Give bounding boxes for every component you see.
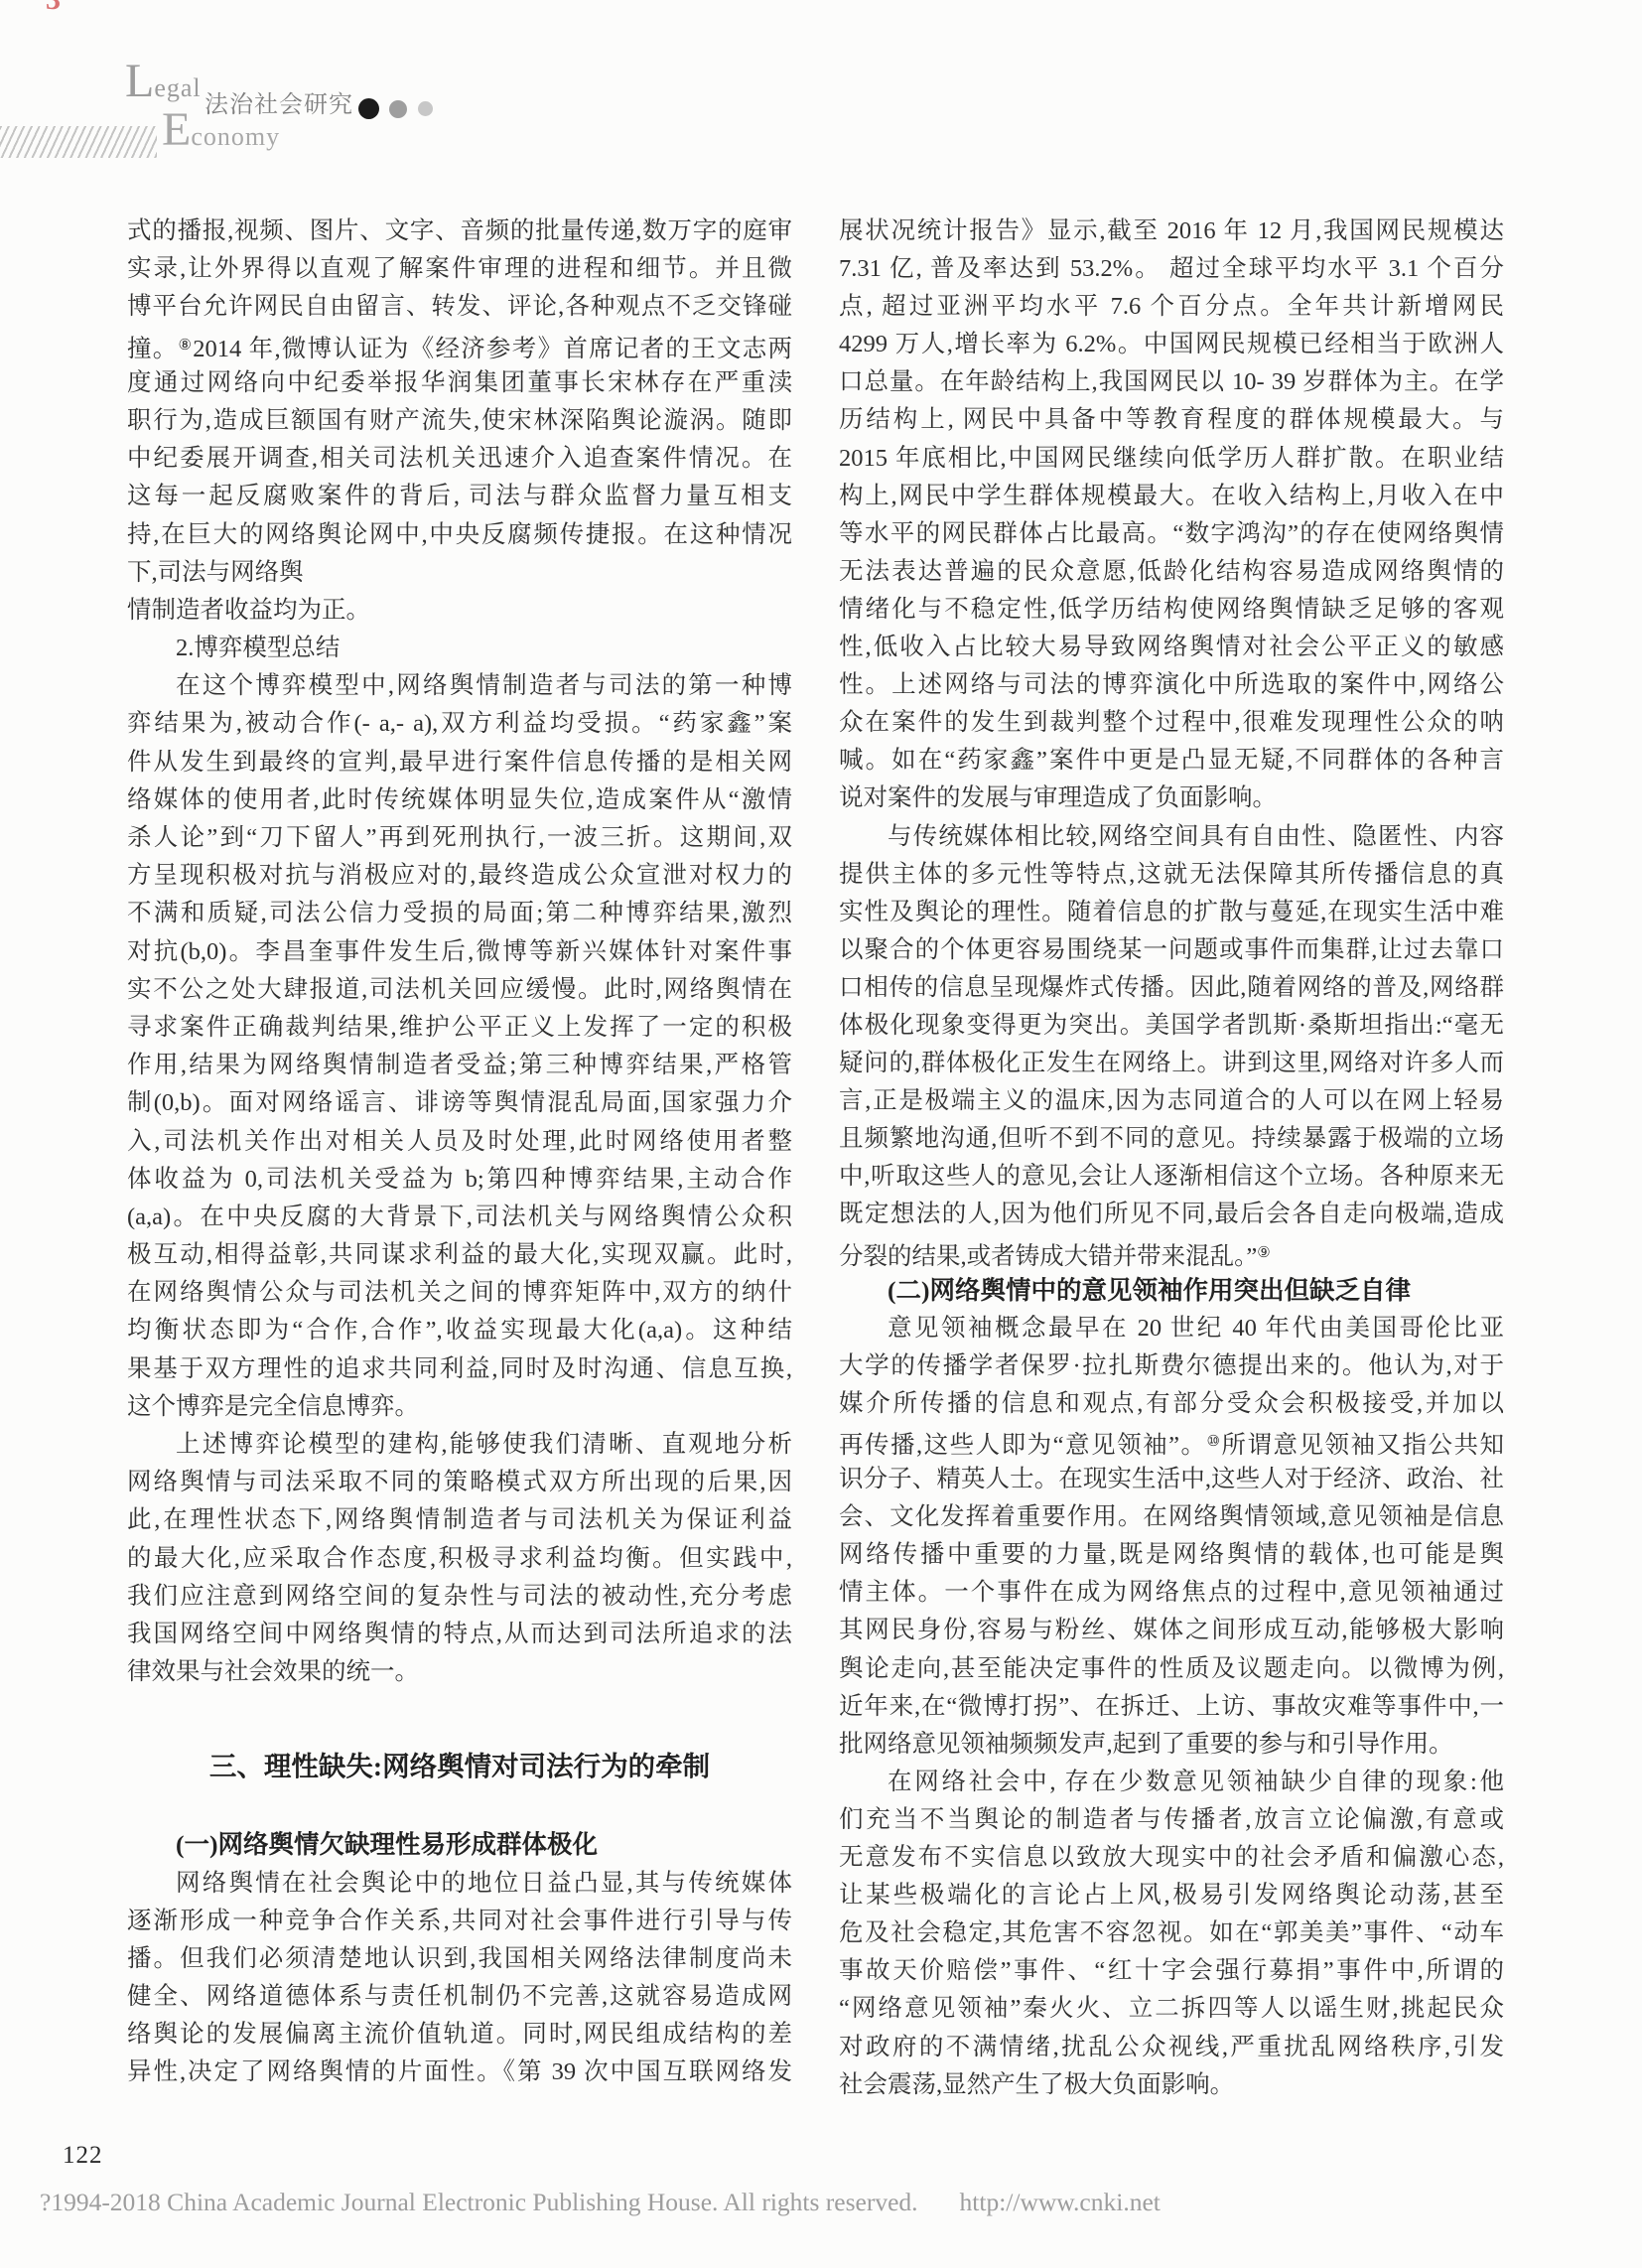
text-line: 中纪委展开调查,相关司法机关迅速介入追查案件情况。在 (127, 440, 792, 478)
hatch-decoration (0, 126, 157, 158)
text-line: 说对案件的发展与审理造成了负面影响。 (839, 780, 1504, 817)
text-line: 点, 超过亚洲平均水平 7.6 个百分点。全年共计新增网民 (839, 288, 1504, 326)
logo-economy-rest: conomy (191, 122, 280, 152)
text-line: 件从发生到最终的宣判,最早进行案件信息传播的是相关网 (127, 744, 792, 781)
text-line: 络舆论的发展偏离主流价值轨道。同时,网民组成结构的差 (127, 2016, 792, 2054)
text-line: 喊。如在“药家鑫”案件中更是凸显无疑,不同群体的各种言 (839, 742, 1504, 780)
text-line: 杀人论”到“刀下留人”再到死刑执行,一波三折。这期间,双 (127, 819, 792, 857)
text-line: 让某些极端化的言论占上风,极易引发网络舆论动荡,甚至 (839, 1877, 1504, 1914)
text-line: 其网民身份,容易与粉丝、媒体之间形成互动,能够极大影响 (839, 1612, 1504, 1649)
text-line: 以聚合的个体更容易围绕某一问题或事件而集群,让过去靠口 (839, 931, 1504, 969)
dot-medium-icon (389, 100, 407, 118)
text-line: 网络传播中重要的力量,既是网络舆情的载体,也可能是舆 (839, 1536, 1504, 1574)
text-line: 寻求案件正确裁判结果,维护公平正义上发挥了一定的积极 (127, 1009, 792, 1047)
text-line: 无法表达普遍的民众意愿,低龄化结构容易造成网络舆情的 (839, 553, 1504, 591)
text-line: 弈结果为,被动合作(- a,- a),双方利益均受损。“药家鑫”案 (127, 705, 792, 743)
text-line: 等水平的网民群体占比最高。“数字鸿沟”的存在使网络舆情 (839, 515, 1504, 553)
text-line: 对政府的不满情绪,扰乱公众视线,严重扰乱网络秩序,引发 (839, 2029, 1504, 2066)
copyright-text: ?1994-2018 China Academic Journal Electr… (40, 2188, 918, 2216)
text-line: 果基于双方理性的追求共同利益,同时及时沟通、信息互换, (127, 1350, 792, 1388)
text-line: 此,在理性状态下,网络舆情制造者与司法机关为保证利益 (127, 1501, 792, 1539)
text-line: 事故天价赔偿”事件、“红十字会强行募捐”事件中,所谓的 (839, 1952, 1504, 1990)
text-line: 展状况统计报告》显示,截至 2016 年 12 月,我国网民规模达 (839, 213, 1504, 250)
text-line: 口总量。在年龄结构上,我国网民以 10- 39 岁群体为主。在学 (839, 363, 1504, 401)
text-line: (a,a)。在中央反腐的大背景下,司法机关与网络舆情公众积 (127, 1199, 792, 1236)
text-line: 我国网络空间中网络舆情的特点,从而达到司法所追求的法 (127, 1616, 792, 1653)
text-line: 作用,结果为网络舆情制造者受益;第三种博弈结果,严格管 (127, 1047, 792, 1084)
text-line: 会、文化发挥着重要作用。在网络舆情领域,意见领袖是信息 (839, 1498, 1504, 1536)
journal-title: 法治社会研究 (205, 91, 353, 119)
text-line: 性。上述网络与司法的博弈演化中所选取的案件中,网络公 (839, 666, 1504, 704)
text-line: 媒介所传播的信息和观点,有部分受众会积极接受,并加以 (839, 1385, 1504, 1423)
sub-heading: (一)网络舆情欠缺理性易形成群体极化 (127, 1826, 792, 1864)
left-column: 式的播报,视频、图片、文字、音频的批量传递,数万字的庭审实录,让外界得以直观了解… (127, 213, 792, 2092)
red-corner-mark: 3 (46, 0, 61, 17)
text-line: 博平台允许网民自由留言、转发、评论,各种观点不乏交锋碰 (127, 288, 792, 326)
text-line: 性,低收入占比较大易导致网络舆情对社会公平正义的敏感 (839, 629, 1504, 666)
text-line: 4299 万人,增长率为 6.2%。中国网民规模已经相当于欧洲人 (839, 326, 1504, 363)
text-line: 意见领袖概念最早在 20 世纪 40 年代由美国哥伦比亚 (839, 1310, 1504, 1347)
dot-dark-icon (358, 98, 379, 119)
text-line: 情主体。一个事件在成为网络焦点的过程中,意见领袖通过 (839, 1574, 1504, 1612)
text-line: 入,司法机关作出对相关人员及时处理,此时网络使用者整 (127, 1123, 792, 1161)
text-line: 持,在巨大的网络舆论网中,中央反腐频传捷报。在这种情况 (127, 516, 792, 554)
section-heading: 三、理性缺失:网络舆情对司法行为的牵制 (127, 1747, 792, 1786)
text-line: 这每一起反腐败案件的背后, 司法与群众监督力量互相支 (127, 478, 792, 515)
logo-legal-cap: L (125, 58, 154, 105)
text-line: 播。但我们必须清楚地认识到,我国相关网络法律制度尚未 (127, 1940, 792, 1978)
text-line: 危及社会稳定,其危害不容忽视。如在“郭美美”事件、“动车 (839, 1914, 1504, 1952)
dot-light-icon (418, 101, 433, 116)
text-line: 体极化现象变得更为突出。美国学者凯斯·桑斯坦指出:“毫无 (839, 1007, 1504, 1045)
text-line: 律效果与社会效果的统一。 (127, 1653, 792, 1691)
text-line: 疑问的,群体极化正发生在网络上。讲到这里,网络对许多人而 (839, 1045, 1504, 1082)
text-line: 下,司法与网络舆 (127, 554, 792, 592)
logo-legal-rest: egal (154, 73, 201, 103)
text-line: 分裂的结果,或者铸成大错并带来混乱。”⑨ (839, 1234, 1504, 1272)
text-line: 我们应注意到网络空间的复杂性与司法的被动性,充分考虑 (127, 1578, 792, 1616)
text-line: 众在案件的发生到裁判整个过程中,很难发现理性公众的呐 (839, 704, 1504, 742)
text-line: 2.博弈模型总结 (127, 630, 792, 667)
text-line: 言,正是极端主义的温床,因为志同道合的人可以在网上轻易 (839, 1082, 1504, 1120)
text-line: 情制造者收益均为正。 (127, 592, 792, 630)
journal-logo-legal: Legal (125, 58, 202, 105)
logo-economy-cap: E (162, 106, 191, 154)
journal-page: 3 Legal Economy 法治社会研究 式的播报,视频、图片、文字、音频的… (0, 0, 1642, 2268)
text-line: 对抗(b,0)。李昌奎事件发生后,微博等新兴媒体针对案件事 (127, 933, 792, 971)
text-line: 方呈现积极对抗与消极应对的,最终造成公众宣泄对权力的 (127, 857, 792, 895)
text-line: 中,听取这些人的意见,会让人逐渐相信这个立场。各种原来无 (839, 1158, 1504, 1196)
text-line: 上述博弈论模型的建构,能够使我们清晰、直观地分析 (127, 1426, 792, 1464)
text-line: 体收益为 0,司法机关受益为 b;第四种博弈结果,主动合作 (127, 1161, 792, 1199)
text-line: 网络舆情与司法采取不同的策略模式双方所出现的后果,因 (127, 1464, 792, 1501)
text-line: 舆论走向,甚至能决定事件的性质及议题走向。以微博为例, (839, 1650, 1504, 1688)
text-line: 网络舆情在社会舆论中的地位日益凸显,其与传统媒体 (127, 1865, 792, 1903)
text-line: 在网络社会中, 存在少数意见领袖缺少自律的现象:他 (839, 1764, 1504, 1801)
text-line: 们充当不当舆论的制造者与传播者,放言立论偏激,有意或 (839, 1801, 1504, 1839)
text-line: “网络意见领袖”秦火火、立二拆四等人以谣生财,挑起民众 (839, 1990, 1504, 2028)
text-line: 在这个博弈模型中,网络舆情制造者与司法的第一种博 (127, 667, 792, 705)
text-line: 构上,网民中学生群体规模最大。在收入结构上,月收入在中 (839, 478, 1504, 515)
text-line: 社会震荡,显然产生了极大负面影响。 (839, 2066, 1504, 2104)
text-line: 近年来,在“微博打拐”、在拆迁、上访、事故灾难等事件中,一 (839, 1688, 1504, 1726)
text-line: 制(0,b)。面对网络谣言、诽谤等舆情混乱局面,国家强力介 (127, 1084, 792, 1122)
text-line: 批网络意见领袖频频发声,起到了重要的参与和引导作用。 (839, 1726, 1504, 1764)
text-line: 提供主体的多元性等特点,这就无法保障其所传播信息的真 (839, 856, 1504, 894)
text-line: 职行为,造成巨额国有财产流失,使宋林深陷舆论漩涡。随即 (127, 402, 792, 440)
text-line: 且频繁地沟通,但听不到不同的意见。持续暴露于极端的立场 (839, 1120, 1504, 1158)
text-line: 情绪化与不稳定性,低学历结构使网络舆情缺乏足够的客观 (839, 591, 1504, 629)
copyright-line: ?1994-2018 China Academic Journal Electr… (40, 2188, 1161, 2217)
text-line: 的最大化,应采取合作态度,积极寻求利益均衡。但实践中, (127, 1540, 792, 1578)
text-line: 撞。⑧2014 年,微博认证为《经济参考》首席记者的王文志两 (127, 327, 792, 364)
cnki-url: http://www.cnki.net (960, 2188, 1161, 2216)
text-line: 实性及舆论的理性。随着信息的扩散与蔓延,在现实生活中难 (839, 894, 1504, 931)
text-line: 再传播,这些人即为“意见领袖”。⑩所谓意见领袖又指公共知 (839, 1423, 1504, 1461)
text-line: 7.31 亿, 普及率达到 53.2%。 超过全球平均水平 3.1 个百分 (839, 250, 1504, 288)
text-line: 式的播报,视频、图片、文字、音频的批量传递,数万字的庭审 (127, 213, 792, 250)
text-line: 这个博弈是完全信息博弈。 (127, 1388, 792, 1426)
text-line: 与传统媒体相比较,网络空间具有自由性、隐匿性、内容 (839, 818, 1504, 856)
right-column: 展状况统计报告》显示,截至 2016 年 12 月,我国网民规模达7.31 亿,… (839, 213, 1504, 2104)
text-line: 既定想法的人,因为他们所见不同,最后会各自走向极端,造成 (839, 1196, 1504, 1233)
text-line: 实不公之处大肆报道,司法机关回应缓慢。此时,网络舆情在 (127, 971, 792, 1009)
text-line: 均衡状态即为“合作,合作”,收益实现最大化(a,a)。这种结 (127, 1312, 792, 1349)
text-line: 2015 年底相比,中国网民继续向低学历人群扩散。在职业结 (839, 440, 1504, 478)
text-line: 络媒体的使用者,此时传统媒体明显失位,造成案件从“激情 (127, 781, 792, 819)
section-dots (358, 97, 433, 120)
page-number: 122 (63, 2141, 103, 2171)
text-line: 无意发布不实信息以致放大现实中的社会矛盾和偏激心态, (839, 1839, 1504, 1877)
text-line: 实录,让外界得以直观了解案件审理的进程和细节。并且微 (127, 250, 792, 288)
text-line: 历结构上, 网民中具备中等教育程度的群体规模最大。与 (839, 401, 1504, 439)
text-line: 口相传的信息呈现爆炸式传播。因此,随着网络的普及,网络群 (839, 969, 1504, 1007)
text-line: 大学的传播学者保罗·拉扎斯费尔德提出来的。他认为,对于 (839, 1347, 1504, 1385)
text-line: 在网络舆情公众与司法机关之间的博弈矩阵中,双方的纳什 (127, 1274, 792, 1312)
text-line: 极互动,相得益彰,共同谋求利益的最大化,实现双赢。此时, (127, 1236, 792, 1274)
text-line: 识分子、精英人士。在现实生活中,这些人对于经济、政治、社 (839, 1461, 1504, 1498)
text-line: 异性,决定了网络舆情的片面性。《第 39 次中国互联网络发 (127, 2054, 792, 2091)
text-line: 度通过网络向中纪委举报华润集团董事长宋林存在严重渎 (127, 364, 792, 402)
text-line: 逐渐形成一种竞争合作关系,共同对社会事件进行引导与传 (127, 1903, 792, 1940)
text-line: 健全、网络道德体系与责任机制仍不完善,这就容易造成网 (127, 1978, 792, 2016)
text-line: 不满和质疑,司法公信力受损的局面;第二种博弈结果,激烈 (127, 895, 792, 932)
sub-heading: (二)网络舆情中的意见领袖作用突出但缺乏自律 (839, 1272, 1504, 1310)
